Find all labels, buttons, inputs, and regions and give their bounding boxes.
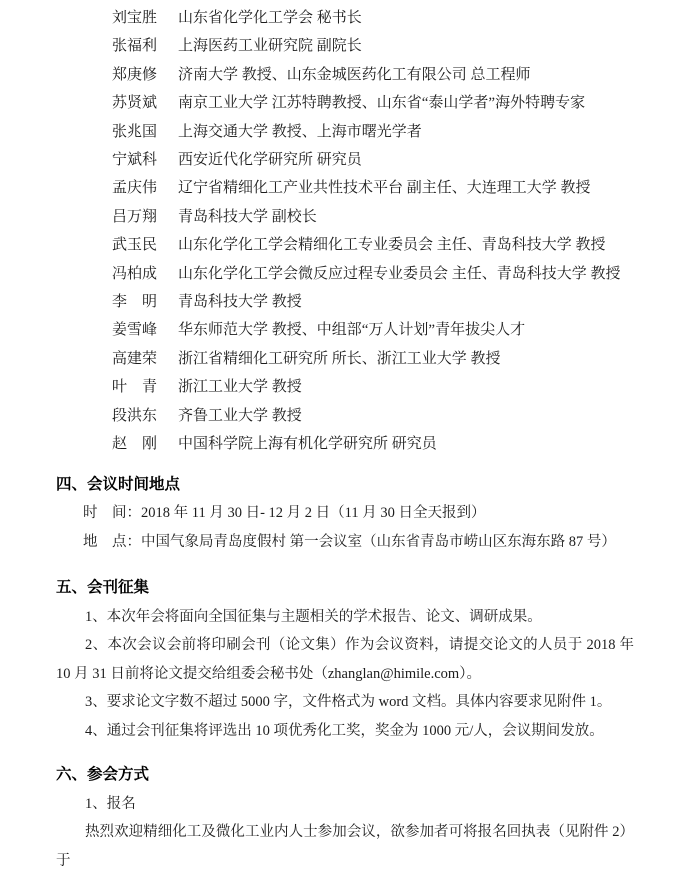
meeting-location-line: 地 点：中国气象局青岛度假村 第一会议室（山东省青岛市崂山区东海东路 87 号）: [56, 528, 634, 557]
proceedings-item-1: 1、本次年会将面向全国征集与主题相关的学术报告、论文、调研成果。: [56, 603, 634, 632]
committee-member-row: 冯柏成 山东化学化工学会微反应过程专业委员会 主任、青岛科技大学 教授: [112, 260, 634, 288]
section-heading-meeting-time-location: 四、会议时间地点: [56, 471, 634, 500]
committee-member-row: 宁斌科 西安近代化学研究所 研究员: [112, 146, 634, 174]
document-page: 刘宝胜 山东省化学化工学会 秘书长 张福利 上海医药工业研究院 副院长 郑庚修 …: [0, 0, 690, 870]
member-name: 宁斌科: [112, 146, 178, 174]
member-affiliation: 上海交通大学 教授、上海市曙光学者: [178, 118, 422, 146]
proceedings-item-2: 2、本次会议会前将印刷会刊（论文集）作为会议资料，请提交论文的人员于 2018 …: [56, 631, 634, 688]
member-affiliation: 西安近代化学研究所 研究员: [178, 146, 362, 174]
committee-member-row: 武玉民 山东化学化工学会精细化工专业委员会 主任、青岛科技大学 教授: [112, 231, 634, 259]
committee-member-row: 孟庆伟 辽宁省精细化工产业共性技术平台 副主任、大连理工大学 教授: [112, 174, 634, 202]
member-affiliation: 南京工业大学 江苏特聘教授、山东省“泰山学者”海外特聘专家: [178, 89, 585, 117]
committee-member-row: 张兆国 上海交通大学 教授、上海市曙光学者: [112, 118, 634, 146]
member-name: 李 明: [112, 288, 178, 316]
committee-member-row: 吕万翔 青岛科技大学 副校长: [112, 203, 634, 231]
committee-member-row: 段洪东 齐鲁工业大学 教授: [112, 402, 634, 430]
member-name: 叶 青: [112, 373, 178, 401]
member-affiliation: 济南大学 教授、山东金城医药化工有限公司 总工程师: [178, 61, 531, 89]
member-affiliation: 齐鲁工业大学 教授: [178, 402, 302, 430]
proceedings-item-3: 3、要求论文字数不超过 5000 字，文件格式为 word 文档。具体内容要求见…: [56, 688, 634, 717]
committee-member-row: 郑庚修 济南大学 教授、山东金城医药化工有限公司 总工程师: [112, 61, 634, 89]
section-heading-participation-method: 六、参会方式: [56, 761, 634, 790]
time-label: 时 间：: [83, 505, 141, 521]
member-name: 吕万翔: [112, 203, 178, 231]
proceedings-item-4: 4、通过会刊征集将评选出 10 项优秀化工奖，奖金为 1000 元/人，会议期间…: [56, 717, 634, 746]
member-name: 赵 刚: [112, 430, 178, 458]
member-affiliation: 浙江工业大学 教授: [178, 373, 302, 401]
member-name: 武玉民: [112, 231, 178, 259]
member-name: 苏贤斌: [112, 89, 178, 117]
location-value: 中国气象局青岛度假村 第一会议室（山东省青岛市崂山区东海东路 87 号）: [141, 534, 616, 550]
member-name: 姜雪峰: [112, 316, 178, 344]
member-name: 冯柏成: [112, 260, 178, 288]
registration-paragraph: 热烈欢迎精细化工及微化工业内人士参加会议，欲参加者可将报名回执表（见附件 2）于: [56, 818, 634, 870]
member-affiliation: 辽宁省精细化工产业共性技术平台 副主任、大连理工大学 教授: [178, 174, 591, 202]
member-name: 郑庚修: [112, 61, 178, 89]
member-name: 张福利: [112, 32, 178, 60]
member-affiliation: 山东化学化工学会精细化工专业委员会 主任、青岛科技大学 教授: [178, 231, 606, 259]
committee-member-row: 叶 青 浙江工业大学 教授: [112, 373, 634, 401]
member-affiliation: 中国科学院上海有机化学研究所 研究员: [178, 430, 437, 458]
member-affiliation: 山东化学化工学会微反应过程专业委员会 主任、青岛科技大学 教授: [178, 260, 621, 288]
committee-member-list: 刘宝胜 山东省化学化工学会 秘书长 张福利 上海医药工业研究院 副院长 郑庚修 …: [56, 4, 634, 459]
time-value: 2018 年 11 月 30 日- 12 月 2 日（11 月 30 日全天报到…: [141, 505, 486, 521]
committee-member-row: 张福利 上海医药工业研究院 副院长: [112, 32, 634, 60]
member-name: 刘宝胜: [112, 4, 178, 32]
committee-member-row: 姜雪峰 华东师范大学 教授、中组部“万人计划”青年拔尖人才: [112, 316, 634, 344]
member-name: 高建荣: [112, 345, 178, 373]
committee-member-row: 高建荣 浙江省精细化工研究所 所长、浙江工业大学 教授: [112, 345, 634, 373]
member-affiliation: 华东师范大学 教授、中组部“万人计划”青年拔尖人才: [178, 316, 525, 344]
member-affiliation: 青岛科技大学 副校长: [178, 203, 317, 231]
location-label: 地 点：: [83, 534, 141, 550]
member-affiliation: 浙江省精细化工研究所 所长、浙江工业大学 教授: [178, 345, 501, 373]
member-affiliation: 青岛科技大学 教授: [178, 288, 302, 316]
section-heading-proceedings-solicitation: 五、会刊征集: [56, 574, 634, 603]
member-affiliation: 山东省化学化工学会 秘书长: [178, 4, 362, 32]
member-name: 段洪东: [112, 402, 178, 430]
committee-member-row: 李 明 青岛科技大学 教授: [112, 288, 634, 316]
member-name: 孟庆伟: [112, 174, 178, 202]
committee-member-row: 刘宝胜 山东省化学化工学会 秘书长: [112, 4, 634, 32]
committee-member-row: 苏贤斌 南京工业大学 江苏特聘教授、山东省“泰山学者”海外特聘专家: [112, 89, 634, 117]
committee-member-row: 赵 刚 中国科学院上海有机化学研究所 研究员: [112, 430, 634, 458]
meeting-time-line: 时 间：2018 年 11 月 30 日- 12 月 2 日（11 月 30 日…: [56, 499, 634, 528]
member-name: 张兆国: [112, 118, 178, 146]
member-affiliation: 上海医药工业研究院 副院长: [178, 32, 362, 60]
registration-subheading: 1、报名: [56, 790, 634, 819]
